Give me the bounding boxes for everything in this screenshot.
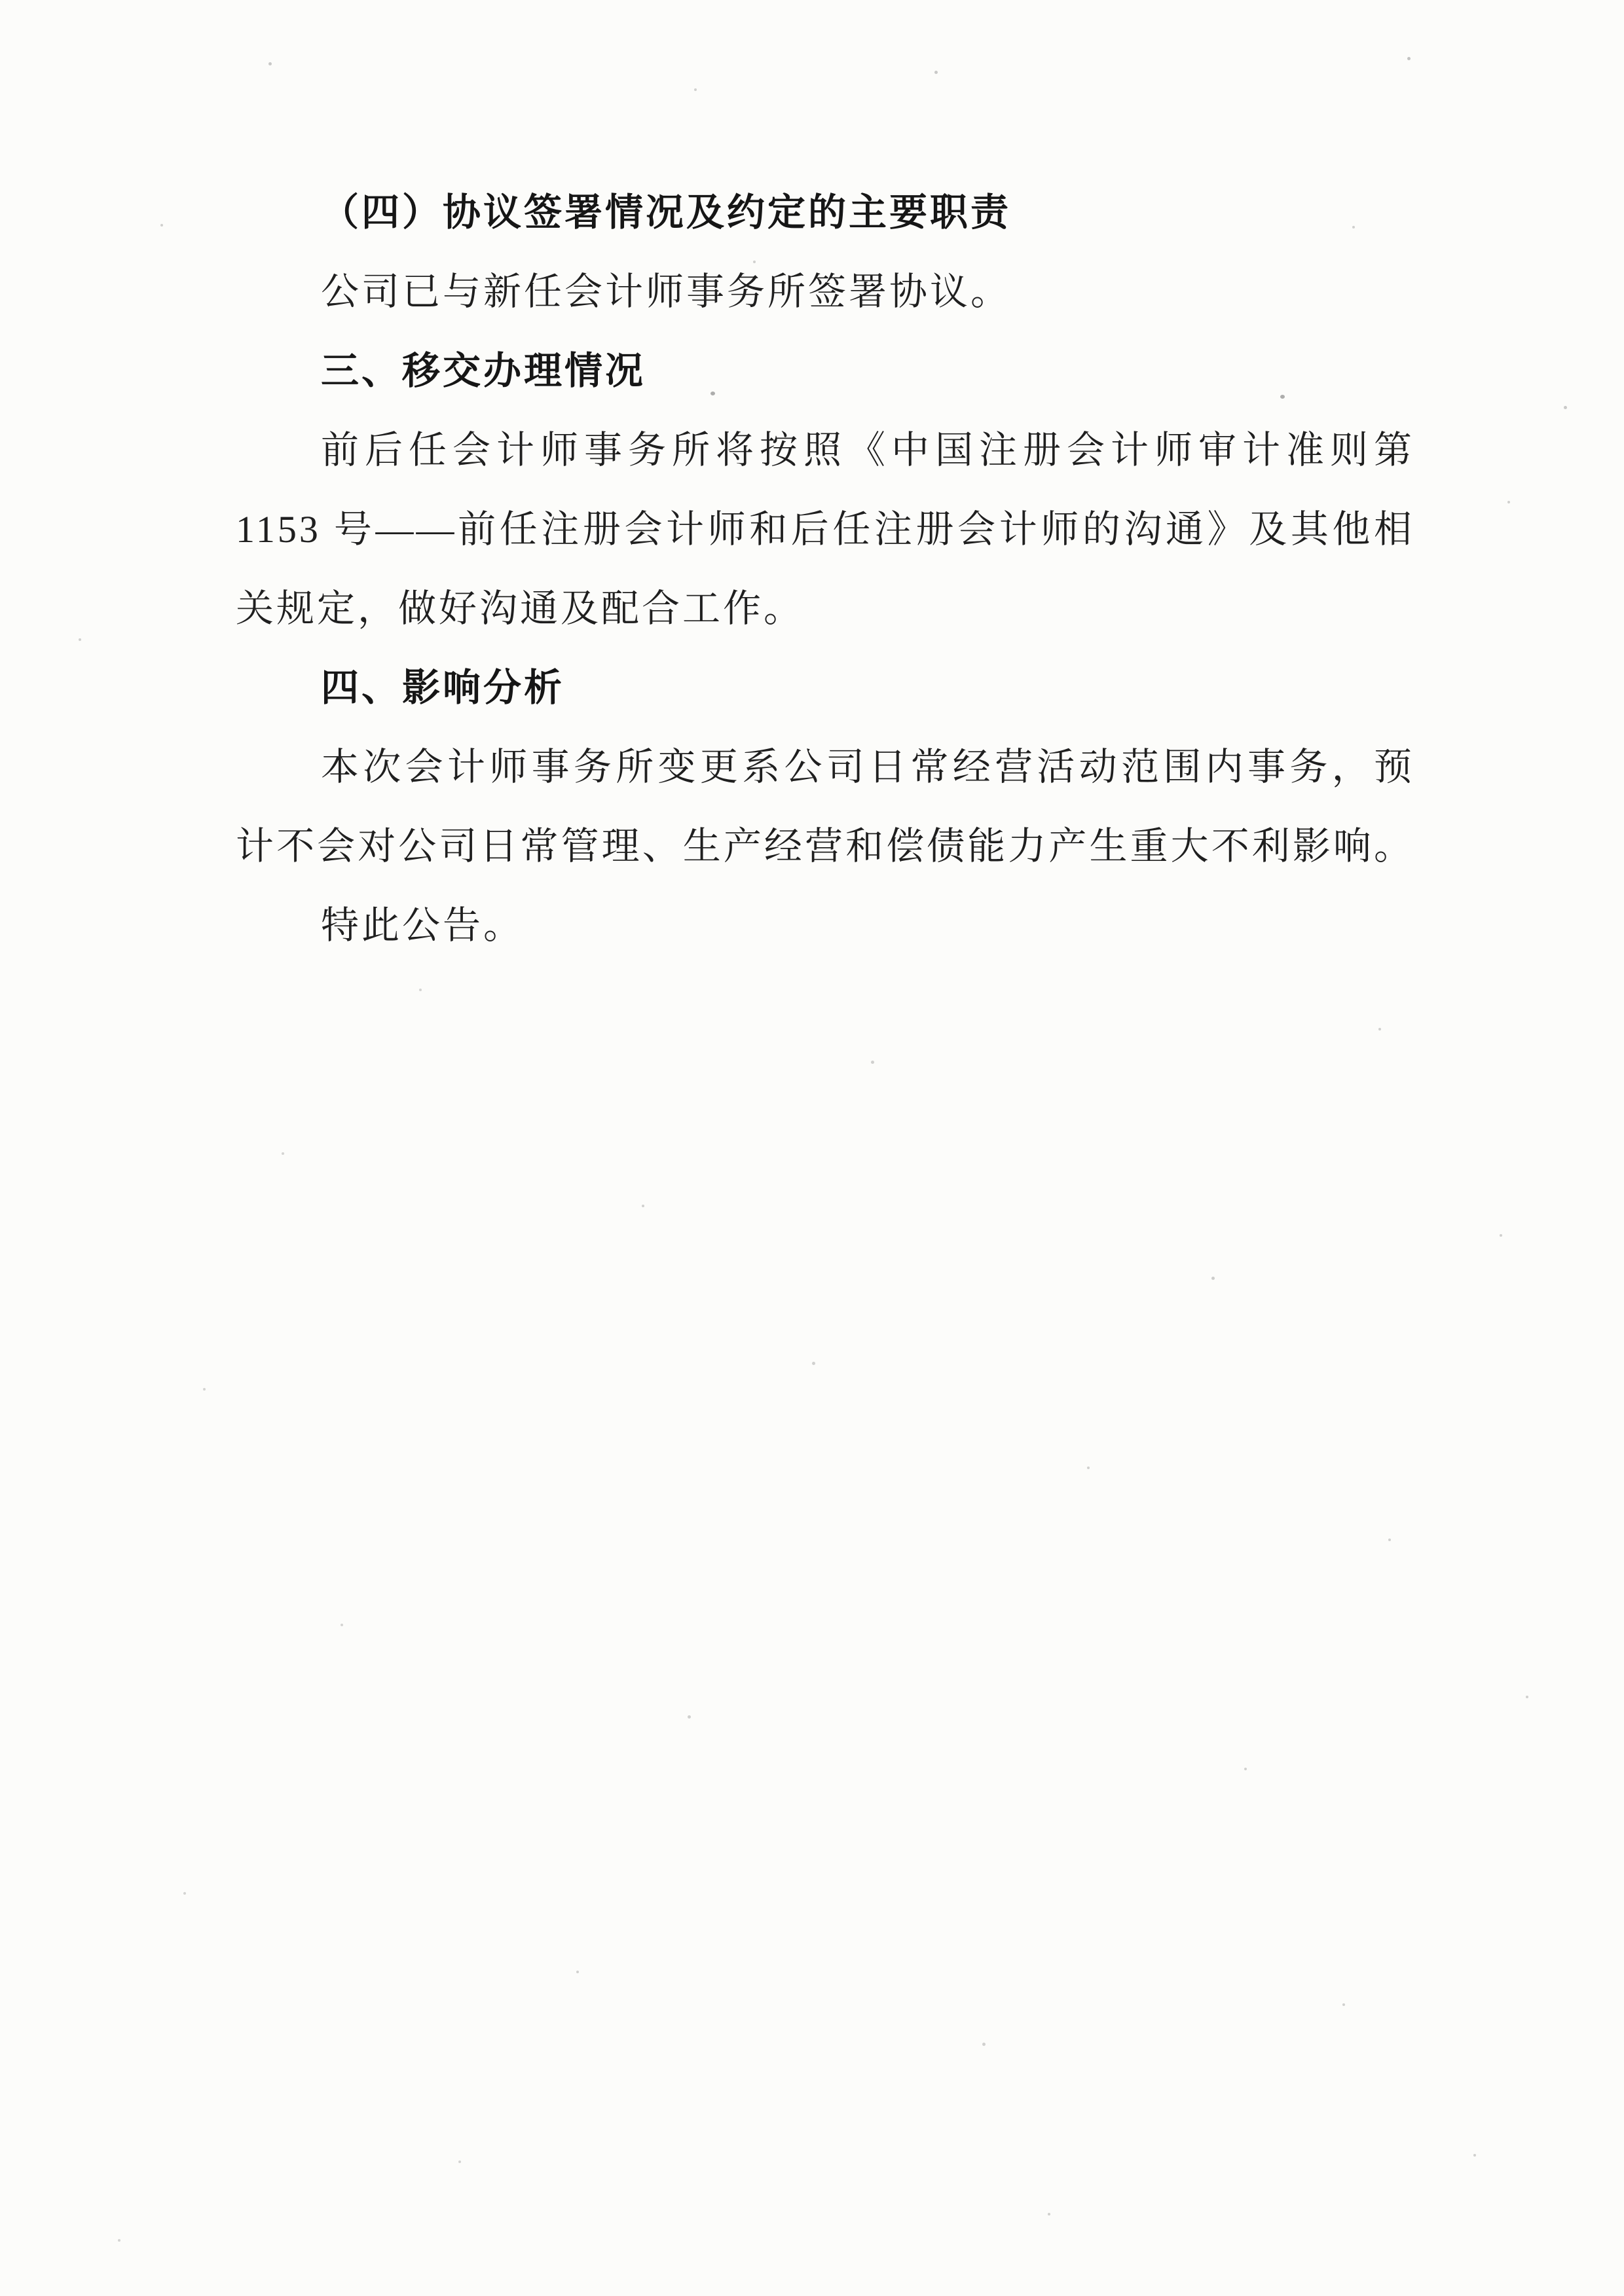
scan-speck xyxy=(203,1388,206,1391)
paragraph-handover-line-1: 前后任会计师事务所将按照《中国注册会计师审计准则第 xyxy=(236,410,1414,490)
scan-speck xyxy=(419,989,422,991)
scan-speck xyxy=(268,62,272,65)
scan-speck xyxy=(1244,1768,1247,1770)
scan-speck xyxy=(1048,2213,1050,2215)
paragraph-handover-line-3: 关规定，做好沟通及配合工作。 xyxy=(236,569,1414,648)
scan-speck xyxy=(1507,501,1510,503)
scan-speck xyxy=(1342,2003,1345,2006)
scan-speck xyxy=(642,1205,644,1207)
scan-speck xyxy=(1211,1277,1215,1280)
paragraph-announcement-closing: 特此公告。 xyxy=(236,886,1414,965)
scan-speck xyxy=(282,1152,284,1155)
paragraph-impact-line-1: 本次会计师事务所变更系公司日常经营活动范围内事务，预 xyxy=(236,727,1414,807)
scan-speck xyxy=(183,1892,186,1895)
scan-speck xyxy=(1087,1467,1090,1469)
scan-speck xyxy=(118,2239,120,2242)
scan-speck xyxy=(160,224,163,227)
scan-speck xyxy=(1564,406,1567,409)
paragraph-agreement-signed: 公司已与新任会计师事务所签署协议。 xyxy=(236,252,1414,331)
heading-agreement-signing: （四）协议签署情况及约定的主要职责 xyxy=(236,173,1414,252)
scan-speck xyxy=(871,1061,874,1064)
document-body: （四）协议签署情况及约定的主要职责 公司已与新任会计师事务所签署协议。 三、移交… xyxy=(236,173,1414,965)
scan-speck xyxy=(1388,1539,1391,1541)
paragraph-impact-line-2: 计不会对公司日常管理、生产经营和偿债能力产生重大不利影响。 xyxy=(236,807,1414,886)
scan-speck xyxy=(934,71,938,74)
scan-speck xyxy=(1473,2154,1476,2157)
scan-speck xyxy=(1378,1028,1381,1030)
scan-speck xyxy=(341,1624,343,1626)
scan-speck xyxy=(982,2043,986,2046)
scan-speck xyxy=(1407,57,1411,60)
document-page: （四）协议签署情况及约定的主要职责 公司已与新任会计师事务所签署协议。 三、移交… xyxy=(0,0,1624,2296)
scan-speck xyxy=(688,1715,691,1719)
scan-speck xyxy=(458,2160,461,2163)
heading-handover-status: 三、移交办理情况 xyxy=(236,331,1414,410)
paragraph-handover-line-2: 1153 号——前任注册会计师和后任注册会计师的沟通》及其他相 xyxy=(236,490,1414,569)
scan-speck xyxy=(1526,1696,1528,1698)
scan-speck xyxy=(812,1362,815,1365)
scan-speck xyxy=(694,88,697,91)
scan-speck xyxy=(79,638,81,641)
heading-impact-analysis: 四、影响分析 xyxy=(236,648,1414,727)
scan-speck xyxy=(576,1971,579,1973)
scan-speck xyxy=(1500,1234,1502,1237)
